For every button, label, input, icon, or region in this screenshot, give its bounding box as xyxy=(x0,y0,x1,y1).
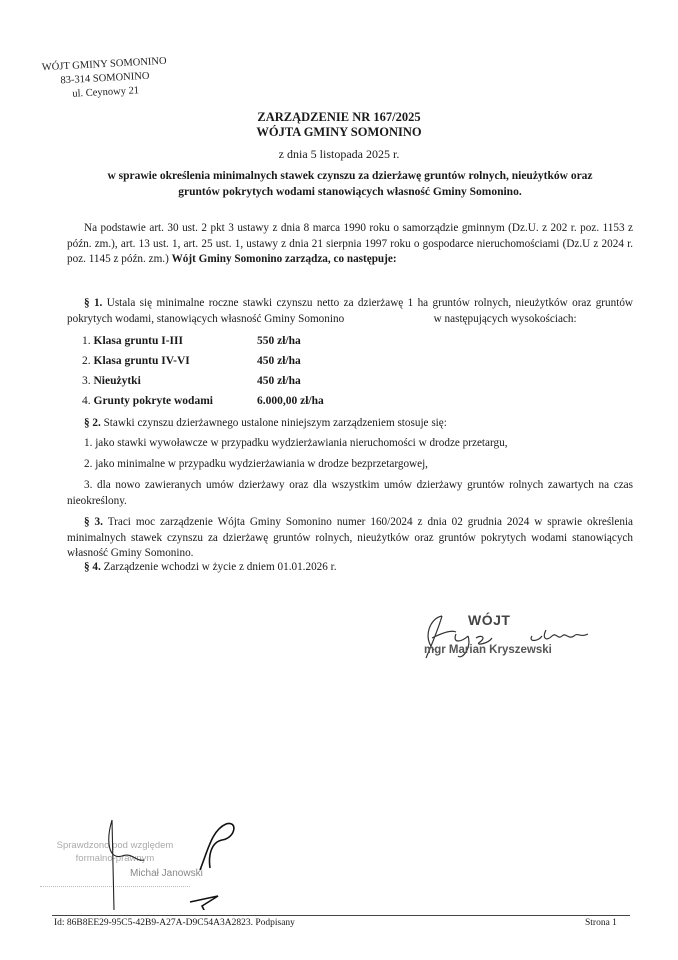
document-title: ZARZĄDZENIE NR 167/2025 xyxy=(0,110,678,125)
handwritten-signature-icon xyxy=(412,608,612,668)
preamble: Na podstawie art. 30 ust. 2 pkt 3 ustawy… xyxy=(67,221,633,268)
document-subject: w sprawie określenia minimalnych stawek … xyxy=(60,168,640,200)
document-issuer: WÓJTA GMINY SOMONINO xyxy=(0,125,678,140)
section-2-item: 2. jako minimalne w przypadku wydzierżaw… xyxy=(67,457,633,473)
rates-list: 1. Klasa gruntu I-III 550 zł/ha 2. Klasa… xyxy=(82,335,324,415)
office-stamp: WÓJT GMINY SOMONINO 83-314 SOMONINO ul. … xyxy=(29,54,181,104)
subject-line-2: gruntów pokrytych wodami stanowiących wł… xyxy=(60,184,640,200)
document-id: Id: 86B8EE29-95C5-42B9-A27A-D9C54A3A2823… xyxy=(54,918,295,928)
rate-label: Klasa gruntu IV-VI xyxy=(94,355,190,367)
preamble-bold: Wójt Gminy Somonino zarządza, co następu… xyxy=(172,253,397,265)
section-4-mark: § 4. xyxy=(84,561,101,573)
section-1-mark: § 1. xyxy=(84,297,102,309)
rate-row: 1. Klasa gruntu I-III 550 zł/ha xyxy=(82,335,324,355)
section-1-text: Ustala się minimalne roczne stawki czyns… xyxy=(67,297,636,325)
footer-divider xyxy=(52,915,630,916)
section-2-item: 3. dla nowo zawieranych umów dzierżawy o… xyxy=(67,478,633,509)
rate-label: Grunty pokryte wodami xyxy=(94,395,213,407)
document-date: z dnia 5 listopada 2025 r. xyxy=(0,147,678,162)
rate-row: 2. Klasa gruntu IV-VI 450 zł/ha xyxy=(82,355,324,375)
mayor-signature: WÓJT mgr Marian Kryszewski xyxy=(412,608,612,668)
subject-line-1: w sprawie określenia minimalnych stawek … xyxy=(60,168,640,184)
rate-value: 450 zł/ha xyxy=(257,375,301,395)
section-3-text: Traci moc zarządzenie Wójta Gminy Somoni… xyxy=(67,516,633,559)
rate-row: 4. Grunty pokryte wodami 6.000,00 zł/ha xyxy=(82,395,324,415)
section-3: § 3. Traci moc zarządzenie Wójta Gminy S… xyxy=(67,515,633,562)
rate-value: 550 zł/ha xyxy=(257,335,301,355)
section-2-text: Stawki czynszu dzierżawnego ustalone nin… xyxy=(104,417,447,429)
section-4-text: Zarządzenie wchodzi w życie z dniem 01.0… xyxy=(104,561,337,573)
verifier-signature-icon xyxy=(40,810,260,910)
section-1: § 1. Ustala się minimalne roczne stawki … xyxy=(67,296,633,327)
legal-verification-stamp: Sprawdzono pod względem formalno-prawnym… xyxy=(40,830,250,900)
rate-value: 450 zł/ha xyxy=(257,355,301,375)
signature-name: mgr Marian Kryszewski xyxy=(424,644,552,656)
section-2: § 2. Stawki czynszu dzierżawnego ustalon… xyxy=(67,416,633,432)
section-3-mark: § 3. xyxy=(84,516,103,528)
page-number: Strona 1 xyxy=(585,918,617,928)
signature-role: WÓJT xyxy=(468,612,510,628)
rate-label: Nieużytki xyxy=(94,375,141,387)
section-2-mark: § 2. xyxy=(84,417,101,429)
section-2-item: 1. jako stawki wywoławcze w przypadku wy… xyxy=(67,436,633,452)
rate-label: Klasa gruntu I-III xyxy=(94,335,183,347)
section-4: § 4. Zarządzenie wchodzi w życie z dniem… xyxy=(67,560,633,576)
rate-row: 3. Nieużytki 450 zł/ha xyxy=(82,375,324,395)
rate-value: 6.000,00 zł/ha xyxy=(257,395,324,415)
